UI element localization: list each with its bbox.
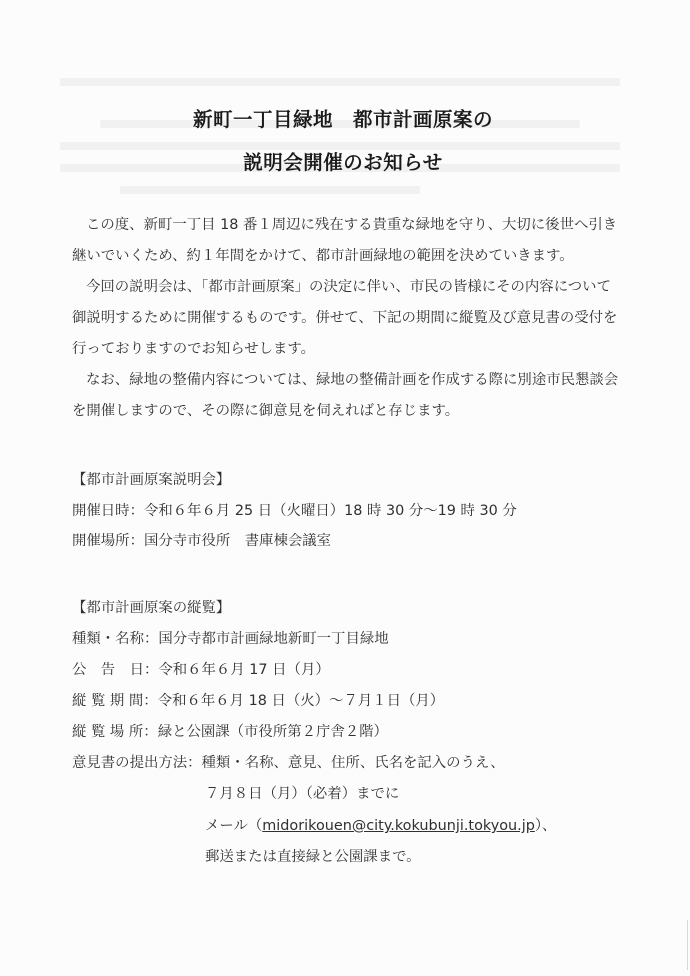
paragraph-line: この度、新町一丁目 18 番１周辺に残在する貴重な緑地を守り、大切に後世へ引き	[72, 210, 632, 241]
briefing-heading: 【都市計画原案説明会】	[72, 468, 230, 489]
row-label: 意見書の提出方法：	[72, 751, 202, 772]
inspection-location-row: 縦 覧 場 所：緑と公園課（市役所第２庁舎２階）	[72, 720, 388, 741]
row-label: 公 告 日：	[72, 658, 158, 679]
row-value: 緑と公園課（市役所第２庁舎２階）	[158, 724, 388, 740]
document-page: 新町一丁目緑地 都市計画原案の 説明会開催のお知らせ この度、新町一丁目 18 …	[0, 0, 690, 976]
row-value: 種類・名称、意見、住所、氏名を記入のうえ、	[202, 755, 505, 771]
show-through-artifact	[120, 186, 420, 194]
row-value: 令和６年６月 18 日（火）～７月１日（月）	[158, 693, 445, 709]
row-value: 国分寺市役所 書庫棟会議室	[144, 533, 331, 549]
row-value: 令和６年６月 25 日（火曜日）18 時 30 分～19 時 30 分	[144, 503, 517, 519]
row-label: 縦 覧 期 間：	[72, 689, 158, 710]
row-label: 開催日時：	[72, 499, 144, 520]
row-value: 国分寺都市計画緑地新町一丁目緑地	[158, 631, 388, 647]
row-label: 開催場所：	[72, 529, 144, 550]
submission-email-line: メール（midorikouen@city.kokubunji.tokyou.jp…	[205, 814, 556, 835]
paragraph-line: 行っておりますのでお知らせします。	[72, 334, 632, 365]
inspection-type-row: 種類・名称：国分寺都市計画緑地新町一丁目緑地	[72, 627, 389, 648]
inspection-notice-date-row: 公 告 日：令和６年６月 17 日（月）	[72, 658, 330, 679]
intro-paragraph-3: なお、緑地の整備内容については、緑地の整備計画を作成する際に別途市民懇談会 を開…	[72, 365, 632, 427]
paragraph-line: なお、緑地の整備内容については、緑地の整備計画を作成する際に別途市民懇談会	[72, 365, 632, 396]
paragraph-line: 御説明するために開催するものです。併せて、下記の期間に縦覧及び意見書の受付を	[72, 303, 632, 334]
email-link[interactable]: midorikouen@city.kokubunji.tokyou.jp	[262, 818, 535, 834]
email-prefix: メール（	[205, 818, 262, 834]
row-label: 種類・名称：	[72, 627, 158, 648]
document-title-line-2: 説明会開催のお知らせ	[0, 147, 688, 175]
row-label: 縦 覧 場 所：	[72, 720, 158, 741]
paragraph-line: 継いでいくため、約１年間をかけて、都市計画緑地の範囲を決めていきます。	[72, 241, 632, 272]
inspection-period-row: 縦 覧 期 間：令和６年６月 18 日（火）～７月１日（月）	[72, 689, 444, 710]
email-suffix: ）、	[535, 818, 557, 834]
inspection-heading: 【都市計画原案の縦覧】	[72, 596, 230, 617]
briefing-datetime-row: 開催日時：令和６年６月 25 日（火曜日）18 時 30 分～19 時 30 分	[72, 499, 517, 520]
submission-deadline: ７月８日（月）（必着）までに	[205, 782, 399, 803]
paragraph-line: 今回の説明会は、「都市計画原案」の決定に伴い、市民の皆様にその内容について	[72, 272, 632, 303]
intro-paragraph-1: この度、新町一丁目 18 番１周辺に残在する貴重な緑地を守り、大切に後世へ引き …	[72, 210, 632, 272]
scan-edge	[687, 920, 688, 970]
submission-method-row: 意見書の提出方法：種類・名称、意見、住所、氏名を記入のうえ、	[72, 751, 505, 772]
paragraph-line: を開催しますので、その際に御意見を伺えればと存じます。	[72, 396, 632, 427]
intro-paragraph-2: 今回の説明会は、「都市計画原案」の決定に伴い、市民の皆様にその内容について 御説…	[72, 272, 632, 365]
briefing-venue-row: 開催場所：国分寺市役所 書庫棟会議室	[72, 529, 331, 550]
document-title-line-1: 新町一丁目緑地 都市計画原案の	[0, 104, 688, 132]
row-value: 令和６年６月 17 日（月）	[158, 662, 329, 678]
show-through-artifact	[60, 78, 620, 86]
submission-mail-or-direct: 郵送または直接緑と公園課まで。	[205, 845, 421, 866]
